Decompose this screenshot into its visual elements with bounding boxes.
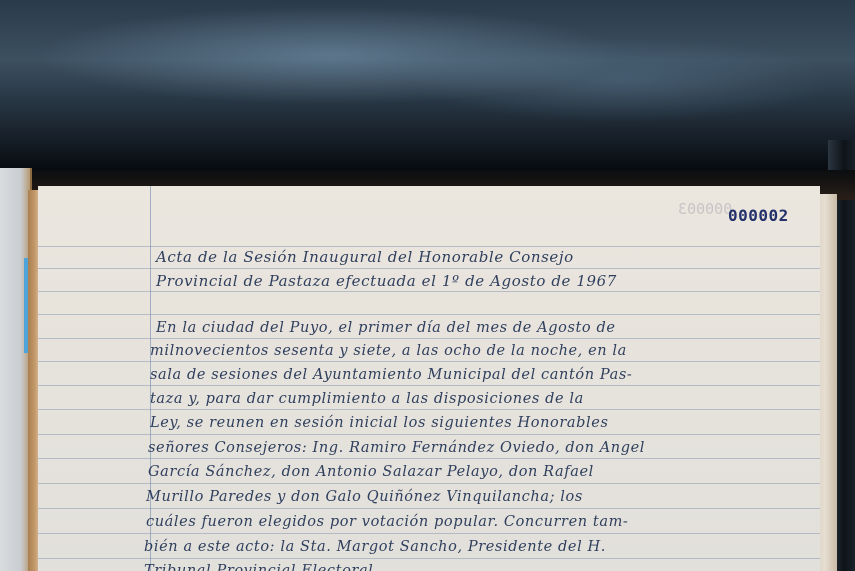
body-line: bién a este acto: la Sta. Margot Sancho,… (144, 539, 606, 555)
body-line: Tribunal Provincial Electoral... (144, 563, 389, 571)
ledger-page: 000003 000002 Acta de la Sesión Inaugura… (38, 186, 820, 571)
ruled-line (38, 508, 820, 509)
title-line: Acta de la Sesión Inaugural del Honorabl… (156, 248, 574, 266)
serial-number-stamp: 000002 (728, 206, 789, 225)
ruled-line (38, 338, 820, 339)
ruled-line (38, 558, 820, 559)
ruled-line (38, 533, 820, 534)
ruled-line (38, 246, 820, 247)
body-line: García Sánchez, don Antonio Salazar Pela… (148, 464, 594, 480)
ruled-line (38, 291, 820, 292)
title-line: Provincial de Pastaza efectuada el 1º de… (156, 272, 617, 290)
body-line: taza y, para dar cumplimiento a las disp… (150, 391, 584, 407)
body-line: cuáles fueron elegidos por votación popu… (146, 514, 628, 530)
ruled-line (38, 434, 820, 435)
ruled-line (38, 409, 820, 410)
ruled-line (38, 268, 820, 269)
serial-number-ghost: 000003 (678, 200, 732, 218)
ruled-line (38, 361, 820, 362)
ruled-line (38, 483, 820, 484)
body-line: sala de sesiones del Ayuntamiento Munici… (150, 367, 632, 383)
ruled-line (38, 314, 820, 315)
body-line: En la ciudad del Puyo, el primer día del… (156, 320, 616, 336)
ruled-line (38, 458, 820, 459)
body-line: milnovecientos sesenta y siete, a las oc… (150, 343, 627, 359)
body-line: Murillo Paredes y don Galo Quiñónez Vinq… (146, 489, 583, 505)
body-line: Ley, se reunen en sesión inicial los sig… (150, 415, 609, 431)
body-line: señores Consejeros: Ing. Ramiro Fernánde… (148, 440, 645, 456)
ruled-line (38, 385, 820, 386)
